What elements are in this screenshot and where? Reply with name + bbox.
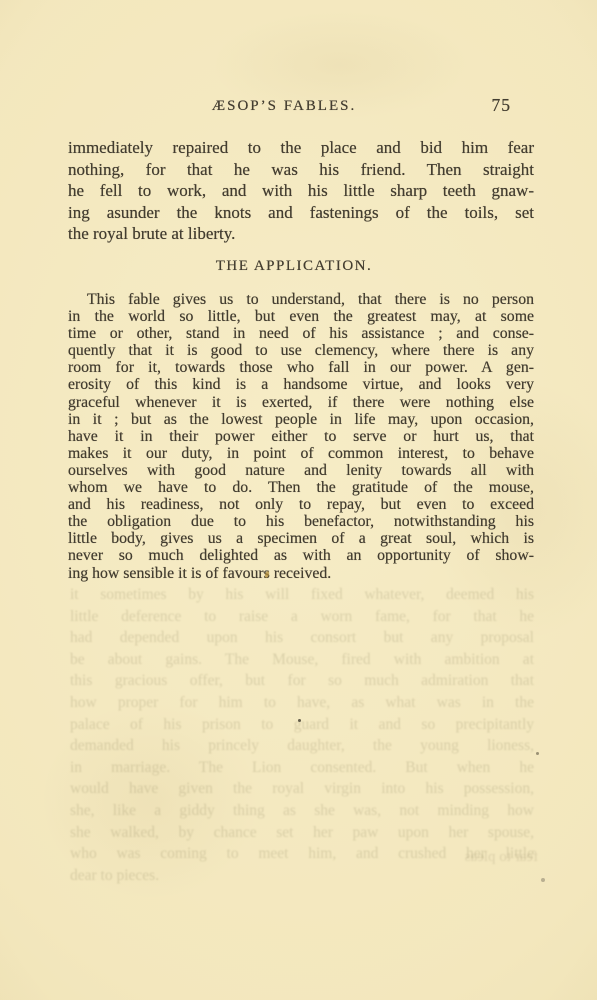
text-line: time or other, stand in need of his assi…: [68, 325, 534, 342]
text-line: have it in their power either to serve o…: [68, 428, 534, 445]
text-line: room for it, towards those who fall in o…: [68, 359, 534, 376]
text-line: this gracious offer, but for so much adm…: [70, 670, 534, 692]
application-heading: THE APPLICATION.: [61, 258, 527, 275]
text-line: little deference to raise a worn fame, f…: [70, 606, 534, 628]
ghost-bleedthrough-text: it sometimes by his will fixed whatever,…: [70, 584, 534, 886]
text-line: erosity of this kind is a handsome virtu…: [68, 376, 534, 393]
text-line: dear to pieces.: [70, 865, 534, 887]
text-line: This fable gives us to understand, that …: [68, 291, 534, 308]
text-line: in the world so little, but even the gre…: [68, 308, 534, 325]
text-line: it sometimes by his will fixed whatever,…: [70, 584, 534, 606]
text-line: had depended upon his consort but any pr…: [70, 627, 534, 649]
text-line: would have given the royal virgin into h…: [70, 778, 534, 800]
text-line: ourselves with good nature and lenity to…: [68, 462, 534, 479]
text-line: and his readiness, not only to repay, bu…: [68, 496, 534, 513]
paper-speck: [541, 878, 545, 882]
book-page: ÆSOP’S FABLES. 75 immediately repaired t…: [0, 0, 597, 1000]
text-line: she, like a giddy thing as she was, not …: [70, 800, 534, 822]
text-line: makes it our duty, in point of common in…: [68, 445, 534, 462]
text-line: in marriage. The Lion consented. But whe…: [70, 757, 534, 779]
running-title: ÆSOP’S FABLES.: [68, 98, 500, 115]
running-header: ÆSOP’S FABLES. 75: [68, 98, 534, 118]
text-line: she walked, by chance set her paw upon h…: [70, 822, 534, 844]
application-paragraph: This fable gives us to understand, that …: [68, 291, 534, 582]
text-line: graceful whenever it is exerted, if ther…: [68, 394, 534, 411]
text-line: whom we have to do. Then the gratitude o…: [68, 479, 534, 496]
text-line: palace of his prison to guard it and so …: [70, 714, 534, 736]
intro-paragraph: immediately repaired to the place and bi…: [68, 137, 534, 245]
text-line: never so much delighted as with an oppor…: [68, 547, 534, 564]
paper-speck: [536, 752, 539, 755]
text-line: ing how sensible it is of favours receiv…: [68, 565, 534, 582]
text-line: he fell to work, and with his little sha…: [68, 180, 534, 202]
paper-speck: [298, 719, 301, 722]
page-number: 75: [492, 95, 512, 116]
paper-speck: [14, 968, 17, 971]
text-line: in it ; but as the lowest people in life…: [68, 411, 534, 428]
text-line: ing asunder the knots and fastenings of …: [68, 202, 534, 224]
ghost-bleedthrough-fragment: fear to pleas: [398, 849, 538, 866]
text-line: the obligation due to his benefactor, no…: [68, 513, 534, 530]
text-line: be about gains. The Mouse, fired with am…: [70, 649, 534, 671]
text-line: nothing, for that he was his friend. The…: [68, 159, 534, 181]
text-line: the royal brute at liberty.: [68, 223, 534, 245]
text-line: little body, gives us a specimen of a gr…: [68, 530, 534, 547]
text-line: immediately repaired to the place and bi…: [68, 137, 534, 159]
text-line: demanded his princely daughter, the youn…: [70, 735, 534, 757]
text-line: quently that it is good to use clemency,…: [68, 342, 534, 359]
text-line: how proper for him to have, as what was …: [70, 692, 534, 714]
